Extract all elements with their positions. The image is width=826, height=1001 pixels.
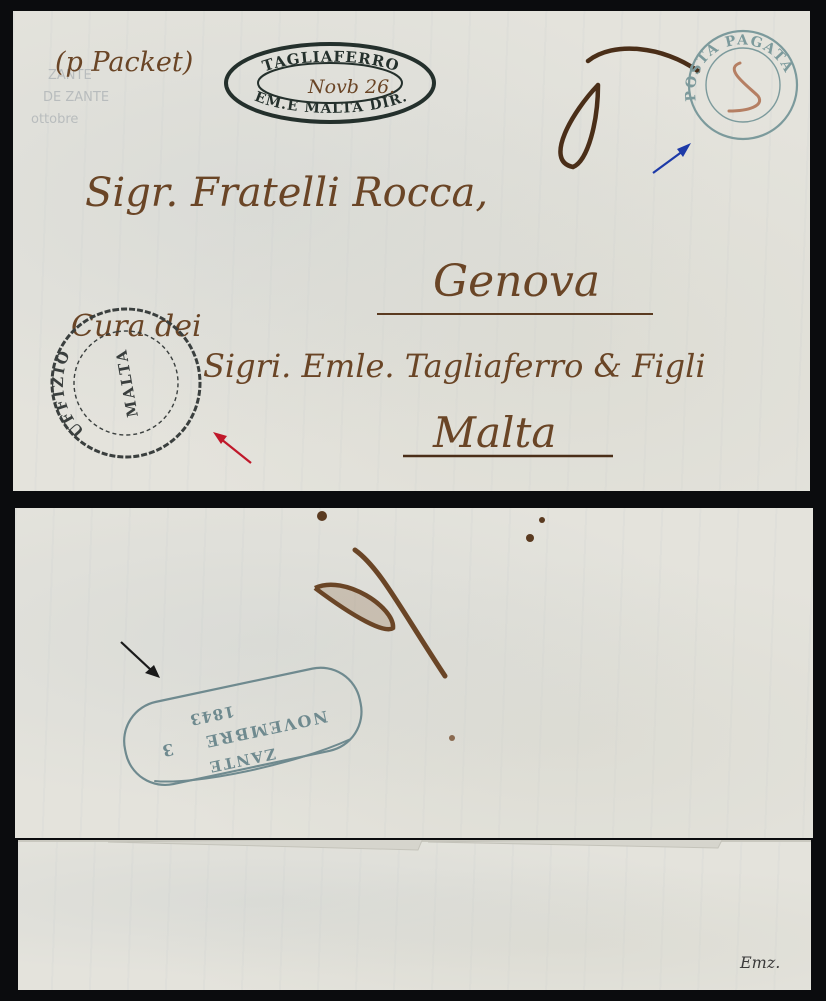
cachet-year: 1843 [188, 702, 236, 729]
cachet-day: 3 [161, 739, 176, 760]
cover-back-flap: ZANTE NOVEMBRE 3 1843 [15, 508, 813, 838]
svg-text:TAGLIAFERRO: TAGLIAFERRO [260, 48, 402, 76]
zante-oval-cachet: ZANTE NOVEMBRE 3 1843 [117, 660, 370, 795]
via-city: Malta [432, 408, 556, 457]
cachet-arc-text: UFFIZIO [42, 344, 90, 444]
ghost-text: DE ZANTE [43, 90, 109, 105]
posta-pagata-cachet: POSTA PAGATA [683, 31, 797, 139]
ink-spot [539, 517, 545, 523]
ink-spot [526, 534, 534, 542]
ink-spot [449, 735, 455, 741]
ghost-text: ottobre [31, 112, 78, 127]
cachet-center-text: MALTA [112, 347, 142, 419]
cover-front: ZANTE DE ZANTE ottobre (p Packet) TAGLIA… [13, 11, 810, 491]
blue-arrow-icon [653, 143, 691, 173]
cover-back-lower-panel: Emz. [18, 840, 811, 990]
cover-back-artwork: ZANTE NOVEMBRE 3 1843 [15, 508, 813, 838]
address-city: Genova [433, 256, 600, 307]
address-line-2: Sigri. Emle. Tagliaferro & Figli [203, 347, 706, 385]
address-line-1: Sigr. Fratelli Rocca, [85, 170, 488, 216]
black-arrow-icon [121, 642, 160, 678]
via-packet-note: (p Packet) [55, 47, 193, 78]
expert-signature: Emz. [739, 953, 780, 972]
red-arrow-icon [213, 432, 251, 463]
manuscript-five [729, 63, 760, 111]
tagliaferro-oval-cachet: TAGLIAFERRO EM.E MALTA DIR. Novb 26. [226, 44, 434, 122]
cover-front-artwork: ZANTE DE ZANTE ottobre (p Packet) TAGLIA… [13, 11, 810, 491]
svg-text:UFFIZIO: UFFIZIO [42, 344, 90, 444]
care-of-label: Cura dei [71, 309, 202, 344]
ink-spot [317, 511, 327, 521]
manuscript-four-mark [315, 550, 445, 676]
cachet-top-text: TAGLIAFERRO [260, 48, 402, 76]
cover-back-lower-artwork: Emz. [18, 840, 811, 990]
cachet-date-manuscript: Novb 26. [307, 76, 395, 98]
